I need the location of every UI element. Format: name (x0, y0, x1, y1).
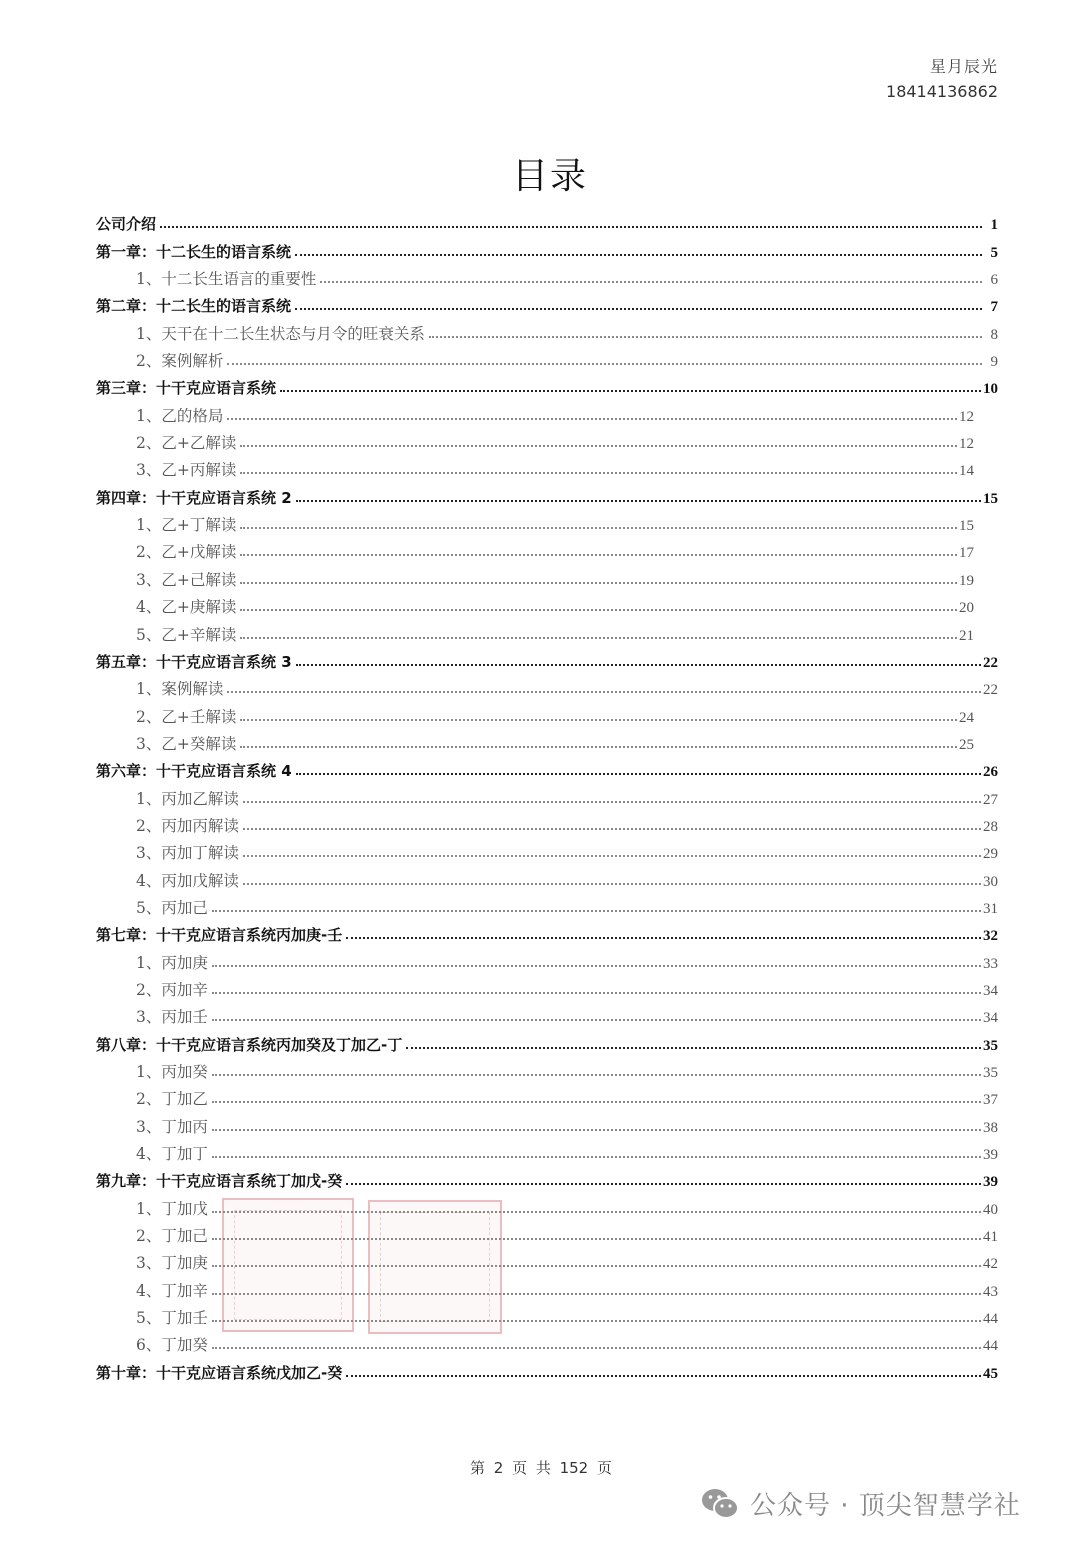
toc-entry-page-number: 22 (983, 682, 998, 699)
toc-section-entry[interactable]: 2、乙+壬解读24 (96, 699, 998, 726)
toc-entry-label: 1、丙加癸 (136, 1060, 210, 1082)
toc-entry-page-number: 21 (959, 628, 974, 645)
dot-leader (212, 1211, 981, 1213)
toc-entry-page-number: 25 (959, 737, 974, 754)
toc-entry-label: 2、丁加乙 (136, 1087, 210, 1109)
dot-leader (212, 1156, 981, 1158)
dot-leader (212, 965, 981, 967)
toc-entry-label: 4、丁加辛 (136, 1279, 210, 1301)
dot-leader (212, 1293, 981, 1295)
toc-chapter-entry[interactable]: 第八章：十干克应语言系统丙加癸及丁加乙-丁35 (96, 1027, 998, 1054)
toc-entry-label: 3、乙+癸解读 (136, 732, 238, 754)
toc-chapter-entry[interactable]: 第五章：十干克应语言系统 322 (96, 645, 998, 672)
toc-entry-label: 第三章：十干克应语言系统 (96, 377, 278, 398)
dot-leader (212, 1238, 981, 1240)
toc-section-entry[interactable]: 3、丁加庚42 (96, 1246, 998, 1273)
dot-leader (227, 418, 957, 420)
toc-entry-page-number: 7 (984, 299, 998, 316)
toc-section-entry[interactable]: 3、丁加丙38 (96, 1109, 998, 1136)
wechat-icon (700, 1487, 740, 1521)
toc-entry-page-number: 15 (959, 518, 974, 535)
toc-entry-label: 3、丙加丁解读 (136, 841, 241, 863)
dot-leader (346, 1183, 981, 1185)
wechat-official-account-watermark: 公众号 · 顶尖智慧学社 (700, 1485, 1021, 1522)
toc-entry-label: 2、乙+乙解读 (136, 431, 238, 453)
toc-section-entry[interactable]: 3、丙加丁解读29 (96, 836, 998, 863)
toc-entry-label: 第十章：十干克应语言系统戊加乙-癸 (96, 1362, 344, 1383)
toc-entry-page-number: 40 (983, 1202, 998, 1219)
toc-section-entry[interactable]: 5、丙加己31 (96, 891, 998, 918)
toc-section-entry[interactable]: 1、天干在十二长生状态与月令的旺衰关系8 (96, 316, 998, 343)
dot-leader (243, 828, 981, 830)
toc-chapter-entry[interactable]: 第十章：十干克应语言系统戊加乙-癸45 (96, 1355, 998, 1382)
toc-section-entry[interactable]: 2、案例解析9 (96, 344, 998, 371)
dot-leader (240, 445, 957, 447)
toc-chapter-entry[interactable]: 第七章：十干克应语言系统丙加庚-壬32 (96, 918, 998, 945)
toc-entry-label: 6、丁加癸 (136, 1333, 210, 1355)
toc-entry-label: 2、丙加丙解读 (136, 814, 241, 836)
toc-entry-label: 第二章：十二长生的语言系统 (96, 295, 293, 316)
toc-entry-label: 4、丁加丁 (136, 1142, 210, 1164)
dot-leader (212, 1019, 981, 1021)
toc-entry-page-number: 28 (983, 819, 998, 836)
toc-entry-page-number: 27 (983, 792, 998, 809)
toc-section-entry[interactable]: 1、丙加庚33 (96, 945, 998, 972)
toc-entry-page-number: 26 (983, 764, 998, 781)
toc-entry-page-number: 20 (959, 600, 974, 617)
toc-entry-page-number: 43 (983, 1284, 998, 1301)
dot-leader (243, 801, 981, 803)
toc-entry-label: 第七章：十干克应语言系统丙加庚-壬 (96, 924, 344, 945)
toc-entry-label: 1、十二长生语言的重要性 (136, 267, 318, 289)
toc-entry-label: 公司介绍 (96, 213, 158, 234)
dot-leader (240, 609, 957, 611)
dot-leader (346, 937, 981, 939)
toc-section-entry[interactable]: 5、丁加壬44 (96, 1301, 998, 1328)
dot-leader (243, 855, 981, 857)
toc-entry-label: 3、乙+丙解读 (136, 458, 238, 480)
dot-leader (429, 336, 982, 338)
toc-entry-label: 5、丙加己 (136, 896, 210, 918)
dot-leader (240, 554, 957, 556)
toc-entry-label: 第八章：十干克应语言系统丙加癸及丁加乙-丁 (96, 1034, 404, 1055)
toc-entry-page-number: 41 (983, 1229, 998, 1246)
dot-leader (240, 746, 957, 748)
dot-leader (212, 1101, 981, 1103)
table-of-contents: 公司介绍1第一章：十二长生的语言系统51、十二长生语言的重要性6第二章：十二长生… (96, 207, 998, 1383)
toc-entry-label: 2、乙+壬解读 (136, 705, 238, 727)
toc-entry-page-number: 37 (983, 1092, 998, 1109)
toc-entry-label: 1、丙加庚 (136, 951, 210, 973)
toc-entry-page-number: 17 (959, 545, 974, 562)
toc-entry-label: 1、丙加乙解读 (136, 787, 241, 809)
toc-section-entry[interactable]: 1、丙加癸35 (96, 1055, 998, 1082)
toc-entry-label: 1、丁加戊 (136, 1197, 210, 1219)
toc-entry-page-number: 12 (959, 409, 974, 426)
toc-section-entry[interactable]: 4、丁加辛43 (96, 1273, 998, 1300)
wechat-watermark-text: 公众号 · 顶尖智慧学社 (750, 1485, 1021, 1522)
dot-leader (320, 281, 982, 283)
toc-section-entry[interactable]: 5、乙+辛解读21 (96, 617, 998, 644)
toc-entry-label: 第五章：十干克应语言系统 3 (96, 651, 294, 672)
toc-entry-page-number: 33 (983, 956, 998, 973)
toc-entry-label: 第九章：十干克应语言系统丁加戊-癸 (96, 1170, 344, 1191)
toc-chapter-entry[interactable]: 第六章：十干克应语言系统 426 (96, 754, 998, 781)
toc-entry-page-number: 44 (983, 1311, 998, 1328)
toc-entry-label: 3、丙加壬 (136, 1005, 210, 1027)
toc-section-entry[interactable]: 2、乙+乙解读12 (96, 426, 998, 453)
toc-entry-label: 第一章：十二长生的语言系统 (96, 241, 293, 262)
toc-entry-page-number: 45 (983, 1366, 998, 1383)
dot-leader (227, 691, 981, 693)
toc-entry-label: 5、乙+辛解读 (136, 623, 238, 645)
dot-leader (296, 664, 981, 666)
toc-entry-label: 3、乙+己解读 (136, 568, 238, 590)
toc-section-entry[interactable]: 1、丙加乙解读27 (96, 781, 998, 808)
toc-section-entry[interactable]: 4、丙加戊解读30 (96, 863, 998, 890)
dot-leader (243, 883, 981, 885)
toc-entry-page-number: 12 (959, 436, 974, 453)
dot-leader (295, 254, 982, 256)
toc-entry-label: 3、丁加丙 (136, 1115, 210, 1137)
toc-entry-label: 1、天干在十二长生状态与月令的旺衰关系 (136, 322, 427, 344)
phone-number: 18414136862 (886, 79, 998, 104)
dot-leader (296, 773, 981, 775)
dot-leader (212, 910, 981, 912)
toc-entry-label: 1、乙的格局 (136, 404, 225, 426)
toc-entry-page-number: 39 (983, 1147, 998, 1164)
toc-section-entry[interactable]: 3、丙加壬34 (96, 1000, 998, 1027)
toc-entry-page-number: 34 (983, 983, 998, 1000)
toc-entry-page-number: 22 (983, 655, 998, 672)
header-contact: 星月辰光 18414136862 (886, 54, 998, 104)
toc-entry-page-number: 19 (959, 573, 974, 590)
toc-entry-page-number: 42 (983, 1256, 998, 1273)
toc-section-entry[interactable]: 3、乙+己解读19 (96, 562, 998, 589)
toc-entry-page-number: 31 (983, 901, 998, 918)
toc-chapter-entry[interactable]: 第四章：十干克应语言系统 215 (96, 480, 998, 507)
toc-section-entry[interactable]: 2、乙+戊解读17 (96, 535, 998, 562)
toc-entry-page-number: 10 (983, 381, 998, 398)
toc-entry-page-number: 44 (983, 1338, 998, 1355)
toc-entry-page-number: 5 (984, 245, 998, 262)
toc-section-entry[interactable]: 2、丙加辛34 (96, 973, 998, 1000)
toc-section-entry[interactable]: 3、乙+癸解读25 (96, 727, 998, 754)
dot-leader (212, 1320, 981, 1322)
toc-entry-label: 3、丁加庚 (136, 1251, 210, 1273)
dot-leader (240, 637, 957, 639)
toc-entry-page-number: 38 (983, 1120, 998, 1137)
toc-entry-label: 5、丁加壬 (136, 1306, 210, 1328)
author-name: 星月辰光 (886, 54, 998, 79)
toc-entry-page-number: 29 (983, 846, 998, 863)
toc-section-entry[interactable]: 1、丁加戊40 (96, 1191, 998, 1218)
toc-section-entry[interactable]: 3、乙+丙解读14 (96, 453, 998, 480)
toc-chapter-entry[interactable]: 公司介绍1 (96, 207, 998, 234)
toc-entry-page-number: 14 (959, 463, 974, 480)
toc-entry-page-number: 1 (984, 217, 998, 234)
toc-section-entry[interactable]: 1、十二长生语言的重要性6 (96, 262, 998, 289)
toc-section-entry[interactable]: 2、丁加己41 (96, 1219, 998, 1246)
toc-entry-label: 2、案例解析 (136, 349, 225, 371)
toc-chapter-entry[interactable]: 第三章：十干克应语言系统10 (96, 371, 998, 398)
toc-section-entry[interactable]: 1、乙的格局12 (96, 398, 998, 425)
toc-entry-label: 1、乙+丁解读 (136, 513, 238, 535)
dot-leader (227, 363, 982, 365)
toc-chapter-entry[interactable]: 第一章：十二长生的语言系统5 (96, 234, 998, 261)
toc-entry-page-number: 24 (959, 710, 974, 727)
toc-entry-label: 2、丁加己 (136, 1224, 210, 1246)
dot-leader (240, 472, 957, 474)
toc-entry-page-number: 35 (983, 1038, 998, 1055)
toc-entry-label: 2、乙+戊解读 (136, 540, 238, 562)
toc-section-entry[interactable]: 1、乙+丁解读15 (96, 508, 998, 535)
dot-leader (240, 719, 957, 721)
toc-entry-page-number: 39 (983, 1174, 998, 1191)
toc-entry-label: 2、丙加辛 (136, 978, 210, 1000)
dot-leader (406, 1047, 981, 1049)
dot-leader (296, 500, 981, 502)
toc-entry-page-number: 9 (984, 354, 998, 371)
toc-section-entry[interactable]: 4、丁加丁39 (96, 1137, 998, 1164)
toc-entry-label: 第四章：十干克应语言系统 2 (96, 487, 294, 508)
toc-section-entry[interactable]: 2、丁加乙37 (96, 1082, 998, 1109)
page-title: 目录 (0, 148, 1080, 199)
toc-entry-page-number: 6 (984, 272, 998, 289)
toc-chapter-entry[interactable]: 第二章：十二长生的语言系统7 (96, 289, 998, 316)
toc-entry-label: 第六章：十干克应语言系统 4 (96, 760, 294, 781)
dot-leader (295, 308, 982, 310)
toc-section-entry[interactable]: 6、丁加癸44 (96, 1328, 998, 1355)
toc-chapter-entry[interactable]: 第九章：十干克应语言系统丁加戊-癸39 (96, 1164, 998, 1191)
toc-entry-page-number: 30 (983, 874, 998, 891)
toc-entry-label: 1、案例解读 (136, 677, 225, 699)
dot-leader (212, 1074, 981, 1076)
dot-leader (240, 527, 957, 529)
toc-entry-label: 4、乙+庚解读 (136, 595, 238, 617)
toc-entry-page-number: 34 (983, 1010, 998, 1027)
dot-leader (212, 1347, 981, 1349)
toc-section-entry[interactable]: 4、乙+庚解读20 (96, 590, 998, 617)
toc-entry-page-number: 35 (983, 1065, 998, 1082)
toc-entry-page-number: 8 (984, 327, 998, 344)
toc-section-entry[interactable]: 2、丙加丙解读28 (96, 809, 998, 836)
dot-leader (212, 992, 981, 994)
dot-leader (346, 1375, 981, 1377)
dot-leader (212, 1129, 981, 1131)
dot-leader (240, 582, 957, 584)
toc-entry-label: 4、丙加戊解读 (136, 869, 241, 891)
toc-entry-page-number: 15 (983, 491, 998, 508)
toc-section-entry[interactable]: 1、案例解读22 (96, 672, 998, 699)
toc-entry-page-number: 32 (983, 928, 998, 945)
dot-leader (280, 390, 981, 392)
dot-leader (160, 226, 982, 228)
page-indicator: 第 2 页 共 152 页 (0, 1457, 1080, 1478)
dot-leader (212, 1265, 981, 1267)
